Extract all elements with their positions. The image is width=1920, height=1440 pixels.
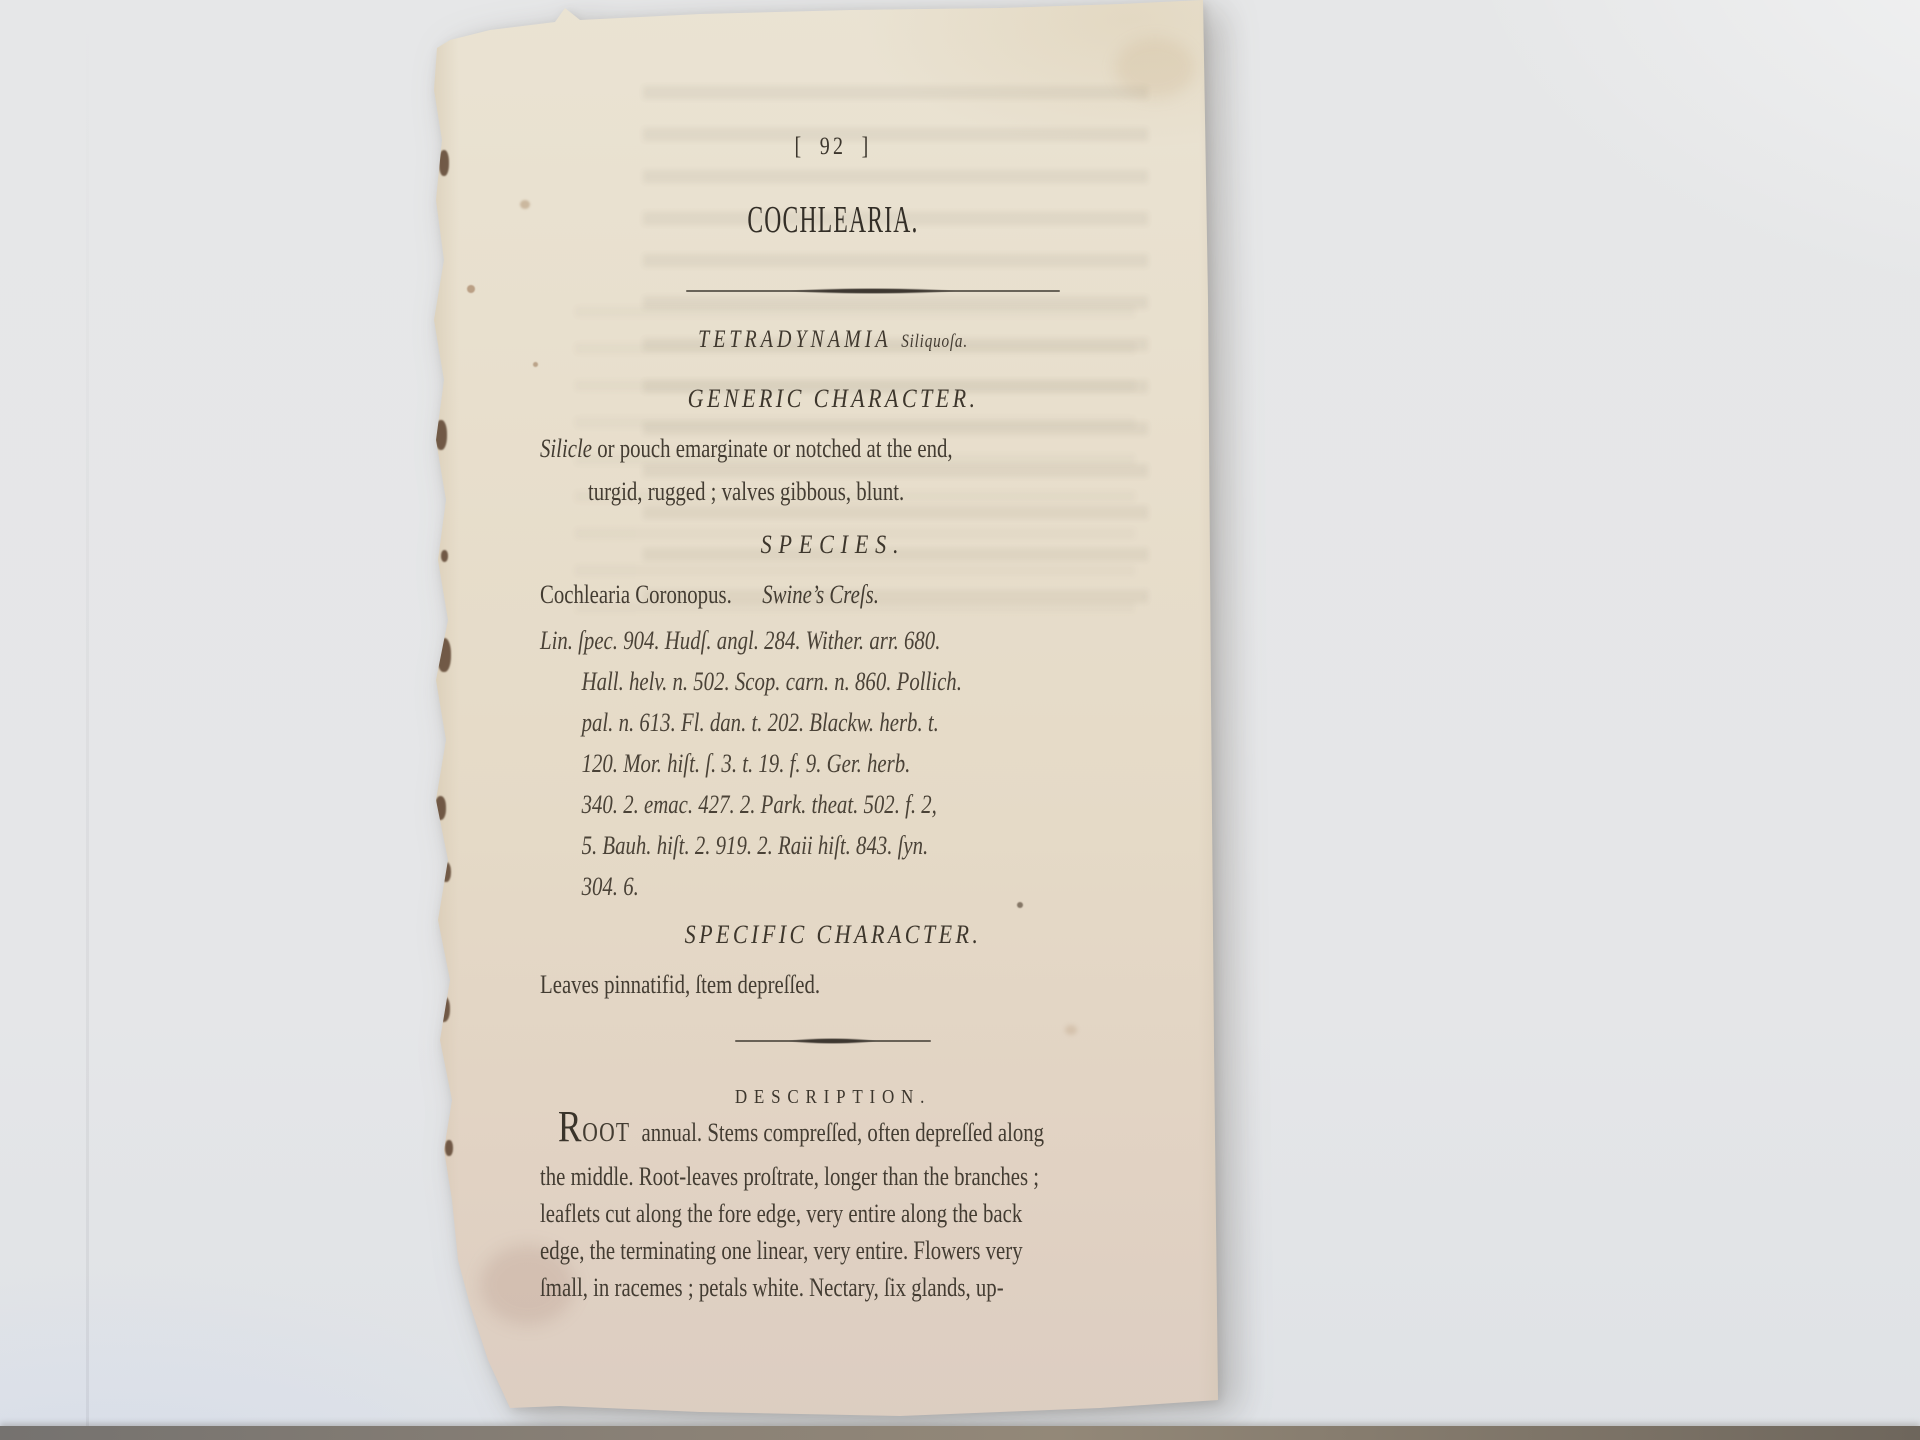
title-divider-rule — [686, 288, 1060, 294]
page-photo: [ 92 ] COCHLEARIA. TETRADYNAMIASiliquoſa… — [0, 0, 1920, 1440]
reference-line: 304. 6. — [540, 872, 639, 902]
description-heading: DESCRIPTION. — [734, 1086, 930, 1109]
generic-character-heading: GENERIC CHARACTER. — [687, 384, 978, 414]
drop-cap-initial: R — [558, 1102, 582, 1151]
reference-line: 340. 2. emac. 427. 2. Park. theat. 502. … — [540, 790, 937, 820]
description-line: the middle. Root-leaves proſtrate, longe… — [540, 1162, 1039, 1192]
species-name-line: Cochlearia Coronopus.Swine’s Creſs. — [540, 580, 879, 610]
species-common-name: Swine’s Creſs. — [762, 580, 879, 609]
reference-line: 120. Mor. hiſt. ſ. 3. t. 19. f. 9. Ger. … — [540, 749, 910, 779]
reference-line: Lin. ſpec. 904. Hudſ. angl. 284. Wither.… — [540, 626, 940, 656]
paper-stain — [467, 285, 475, 293]
binding-residue-mark — [437, 638, 451, 672]
lead-word-silicle: Silicle — [540, 434, 592, 463]
description-line-first: ROOTannual. Stems compreſſed, often depr… — [558, 1114, 1044, 1148]
page-number: [ 92 ] — [794, 133, 871, 161]
binding-residue-mark — [435, 796, 446, 820]
page-title: COCHLEARIA. — [747, 198, 918, 242]
description-line: leaflets cut along the fore edge, very e… — [540, 1199, 1022, 1229]
reference-line: 5. Bauh. hiſt. 2. 919. 2. Raii hiſt. 843… — [540, 831, 928, 861]
reference-line: pal. n. 613. Fl. dan. t. 202. Blackw. he… — [540, 708, 939, 738]
binding-residue-mark — [441, 550, 448, 562]
paper-stain — [533, 362, 538, 367]
binding-residue-mark — [445, 1140, 453, 1156]
binding-residue-mark — [437, 996, 450, 1022]
description-line: edge, the terminating one linear, very e… — [540, 1236, 1023, 1266]
lead-word-root: OOT — [582, 1117, 630, 1147]
generic-character-line-2: turgid, rugged ; valves gibbous, blunt. — [588, 477, 904, 507]
classification-line: TETRADYNAMIASiliquoſa. — [698, 326, 968, 354]
paper-stain — [1115, 38, 1195, 98]
paper-stain — [520, 200, 530, 209]
description-text: annual. Stems compreſſed, often depreſſe… — [641, 1118, 1044, 1147]
generic-character-line-1: Silicle or pouch emarginate or notched a… — [540, 434, 953, 464]
class-name: TETRADYNAMIA — [698, 326, 892, 353]
table-edge-shadow — [0, 1426, 1920, 1440]
page-text-column: [ 92 ] COCHLEARIA. TETRADYNAMIASiliquoſa… — [540, 0, 1125, 1435]
species-name: Cochlearia Coronopus. — [540, 580, 732, 609]
binding-residue-mark — [439, 150, 449, 176]
specific-character-text: Leaves pinnatifid, ſtem depreſſed. — [540, 970, 820, 1000]
reference-line: Hall. helv. n. 502. Scop. carn. n. 860. … — [540, 667, 962, 697]
binding-residue-mark — [441, 862, 451, 882]
book-page: [ 92 ] COCHLEARIA. TETRADYNAMIASiliquoſa… — [425, 0, 1225, 1435]
section-divider-rule — [735, 1038, 931, 1044]
binding-residue-mark — [435, 420, 447, 450]
order-name: Siliquoſa. — [901, 331, 968, 352]
description-line: ſmall, in racemes ; petals white. Nectar… — [540, 1273, 1004, 1303]
species-heading: SPECIES. — [760, 530, 905, 560]
book-page-wrapper: [ 92 ] COCHLEARIA. TETRADYNAMIASiliquoſa… — [0, 0, 1920, 1440]
generic-character-text: or pouch emarginate or notched at the en… — [592, 434, 953, 463]
specific-character-heading: SPECIFIC CHARACTER. — [684, 920, 981, 950]
